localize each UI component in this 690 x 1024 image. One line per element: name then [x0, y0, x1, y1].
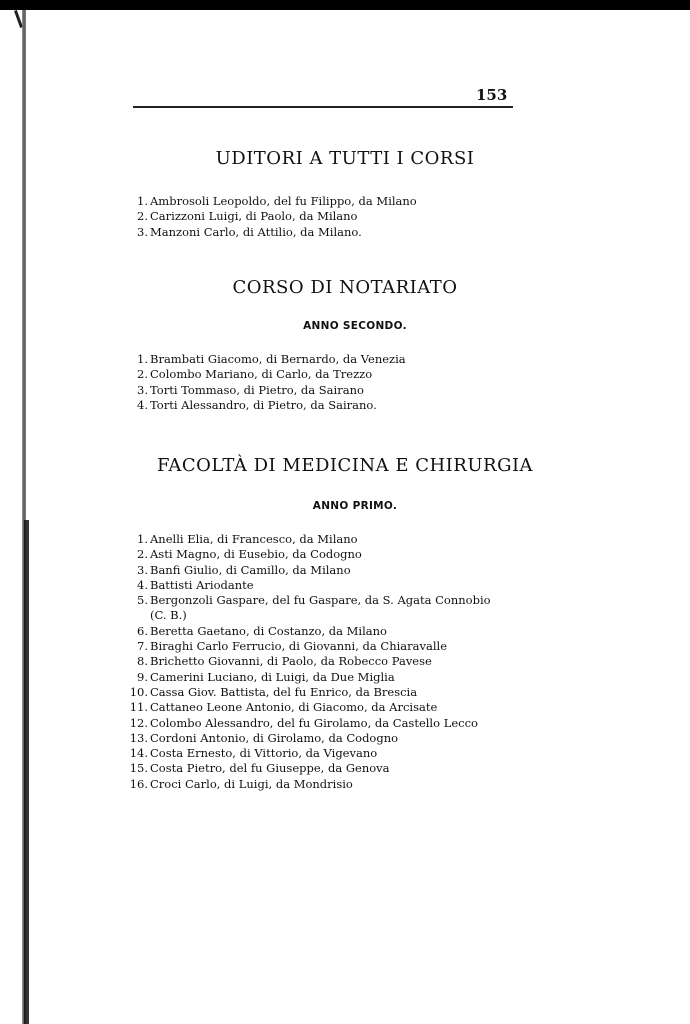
list-item: 3.Banfi Giulio, di Camillo, da Milano [132, 563, 491, 578]
list-item: 13.Cordoni Antonio, di Girolamo, da Codo… [132, 731, 491, 746]
section-title-uditori: UDITORI A TUTTI I CORSI [0, 148, 690, 169]
list-item: 8.Brichetto Giovanni, di Paolo, da Robec… [132, 654, 491, 669]
list-item: 6.Beretta Gaetano, di Costanzo, da Milan… [132, 624, 491, 639]
section-title-medicina: FACOLTÀ DI MEDICINA E CHIRURGIA [0, 455, 690, 476]
list-item: 3.Torti Tommaso, di Pietro, da Sairano [132, 383, 406, 398]
subsection-title-anno-primo: ANNO PRIMO. [10, 500, 690, 512]
list-item: 16.Croci Carlo, di Luigi, da Mondrisio [132, 777, 491, 792]
list-item: 3.Manzoni Carlo, di Attilio, da Milano. [132, 225, 417, 240]
list-item: 7.Biraghi Carlo Ferrucio, di Giovanni, d… [132, 639, 491, 654]
list-item: 1.Anelli Elia, di Francesco, da Milano [132, 532, 491, 547]
list-item: 2.Carizzoni Luigi, di Paolo, da Milano [132, 209, 417, 224]
section-title-notariato: CORSO DI NOTARIATO [0, 277, 690, 298]
list-item: 9.Camerini Luciano, di Luigi, da Due Mig… [132, 670, 491, 685]
list-item: 10.Cassa Giov. Battista, del fu Enrico, … [132, 685, 491, 700]
list-item: 1.Brambati Giacomo, di Bernardo, da Vene… [132, 352, 406, 367]
list-item: 4.Battisti Ariodante [132, 578, 491, 593]
list-medicina: 1.Anelli Elia, di Francesco, da Milano 2… [132, 532, 491, 792]
scan-top-border [0, 0, 690, 10]
list-item: 15.Costa Pietro, del fu Giuseppe, da Gen… [132, 761, 491, 776]
list-item: 12.Colombo Alessandro, del fu Girolamo, … [132, 716, 491, 731]
list-item: 2.Asti Magno, di Eusebio, da Codogno [132, 547, 491, 562]
page-number: 153 [476, 86, 507, 104]
list-item: 14.Costa Ernesto, di Vittorio, da Vigeva… [132, 746, 491, 761]
list-item: 11.Cattaneo Leone Antonio, di Giacomo, d… [132, 700, 491, 715]
binding-edge-shadow [24, 520, 29, 1024]
list-item: 1.Ambrosoli Leopoldo, del fu Filippo, da… [132, 194, 417, 209]
list-uditori: 1.Ambrosoli Leopoldo, del fu Filippo, da… [132, 194, 417, 240]
list-item: 2.Colombo Mariano, di Carlo, da Trezzo [132, 367, 406, 382]
list-notariato: 1.Brambati Giacomo, di Bernardo, da Vene… [132, 352, 406, 413]
list-item: 4.Torti Alessandro, di Pietro, da Sairan… [132, 398, 406, 413]
header-rule [133, 106, 513, 108]
subsection-title-anno-secondo: ANNO SECONDO. [10, 320, 690, 332]
list-item: 5.Bergonzoli Gaspare, del fu Gaspare, da… [132, 593, 491, 624]
